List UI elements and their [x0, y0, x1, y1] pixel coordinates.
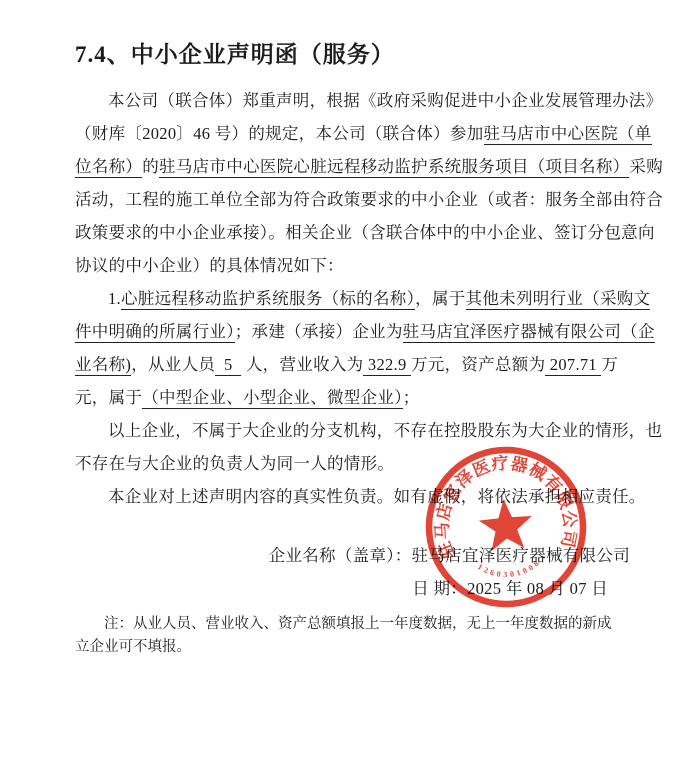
body-line: 本企业对上述声明内容的真实性负责。如有虚假，将依法承担相应责任。 [75, 480, 630, 513]
text-segment: 以上企业，不属于大企业的分支机构，不存在控股股东为大企业的情形，也 [108, 421, 662, 440]
text-segment: 万 [601, 355, 618, 374]
body-line: 不存在与大企业的负责人为同一人的情形。 [75, 447, 630, 480]
body-line: 以上企业，不属于大企业的分支机构，不存在控股股东为大企业的情形，也 [75, 414, 630, 447]
text-segment: ，属于 [415, 289, 465, 308]
underlined-filled-blank: 位名称） [75, 157, 142, 178]
page-title: 7.4、中小企业声明函（服务） [75, 40, 630, 70]
body-line: 协议的中小企业）的具体情况如下： [75, 249, 630, 282]
text-segment: ；承建（承接）企业为 [235, 322, 403, 341]
text-segment: ； [403, 388, 420, 407]
text-segment: ，从业人员 [131, 355, 215, 374]
underlined-filled-blank: 驻马店市中心医院心脏远程移动监护系统服务项目（项目名称） [159, 157, 629, 178]
footnote-line-1: 注：从业人员、营业收入、资产总额填报上一年度数据，无上一年度数据的新成 [75, 613, 630, 636]
text-segment: 本企业对上述声明内容的真实性负责。如有虚假，将依法承担相应责任。 [108, 487, 646, 506]
underlined-filled-blank: 件中明确的所属行业） [75, 322, 235, 343]
text-segment: 采购 [629, 157, 663, 176]
footnote-line-2: 立企业可不填报。 [75, 636, 630, 659]
body-line: 活动，工程的施工单位全部为符合政策要求的中小企业（或者：服务全部由符合 [75, 183, 630, 216]
text-segment: 的 [142, 157, 159, 176]
body-lines: 本公司（联合体）郑重声明，根据《政府采购促进中小企业发展管理办法》（财库〔202… [75, 84, 630, 513]
body-line: 元，属于（中型企业、小型企业、微型企业）； [75, 381, 630, 414]
underlined-filled-blank: （中型企业、小型企业、微型企业） [142, 388, 403, 409]
text-segment: 活动，工程的施工单位全部为符合政策要求的中小企业（或者：服务全部由符合 [75, 190, 663, 209]
text-segment: 万元，资产总额为 [411, 355, 545, 374]
text-segment: 元，属于 [75, 388, 142, 407]
company-name-line: 企业名称（盖章）：驻马店宜泽医疗器械有限公司 [75, 539, 630, 572]
footnote: 注：从业人员、营业收入、资产总额填报上一年度数据，无上一年度数据的新成 立企业可… [75, 613, 630, 659]
underlined-filled-blank: 322.9 [363, 355, 410, 376]
body-line: 业名称)，从业人员 5 人，营业收入为 322.9 万元，资产总额为 207.7… [75, 348, 630, 381]
date-line: 日 期：2025 年 08 月 07 日 [75, 572, 630, 605]
underlined-filled-blank: 其他未列明行业（采购文 [466, 289, 651, 310]
text-segment: 本公司（联合体）郑重声明，根据《政府采购促进中小企业发展管理办法》 [108, 91, 662, 110]
text-segment: （财库〔2020〕46 号）的规定，本公司（联合体）参加 [75, 124, 484, 143]
text-segment: 政策要求的中小企业承接）。相关企业（含联合体中的中小企业、签订分包意向 [75, 223, 655, 242]
body-line: 政策要求的中小企业承接）。相关企业（含联合体中的中小企业、签订分包意向 [75, 216, 630, 249]
body-line: （财库〔2020〕46 号）的规定，本公司（联合体）参加驻马店市中心医院（单 [75, 117, 630, 150]
text-segment: 1. [108, 289, 121, 308]
declaration-document-page: 7.4、中小企业声明函（服务） 本公司（联合体）郑重声明，根据《政府采购促进中小… [0, 0, 699, 781]
body-line: 1.心脏远程移动监护系统服务（标的名称），属于其他未列明行业（采购文 [75, 282, 630, 315]
underlined-filled-blank: 驻马店宜泽医疗器械有限公司（企 [403, 322, 655, 343]
text-segment: 不存在与大企业的负责人为同一人的情形。 [75, 454, 394, 473]
body-line: 位名称）的驻马店市中心医院心脏远程移动监护系统服务项目（项目名称）采购 [75, 150, 630, 183]
body-line: 件中明确的所属行业）；承建（承接）企业为驻马店宜泽医疗器械有限公司（企 [75, 315, 630, 348]
underlined-filled-blank: 驻马店市中心医院（单 [484, 124, 652, 145]
underlined-filled-blank: 207.71 [545, 355, 601, 376]
underlined-filled-blank: 业名称) [75, 355, 131, 376]
text-segment: 人，营业收入为 [241, 355, 363, 374]
body-line: 本公司（联合体）郑重声明，根据《政府采购促进中小企业发展管理办法》 [75, 84, 630, 117]
text-segment: 协议的中小企业）的具体情况如下： [75, 256, 344, 275]
underlined-filled-blank: 心脏远程移动监护系统服务（标的名称） [121, 289, 415, 310]
signature-block: 企业名称（盖章）：驻马店宜泽医疗器械有限公司 日 期：2025 年 08 月 0… [75, 539, 630, 605]
underlined-filled-blank: 5 [215, 355, 241, 376]
